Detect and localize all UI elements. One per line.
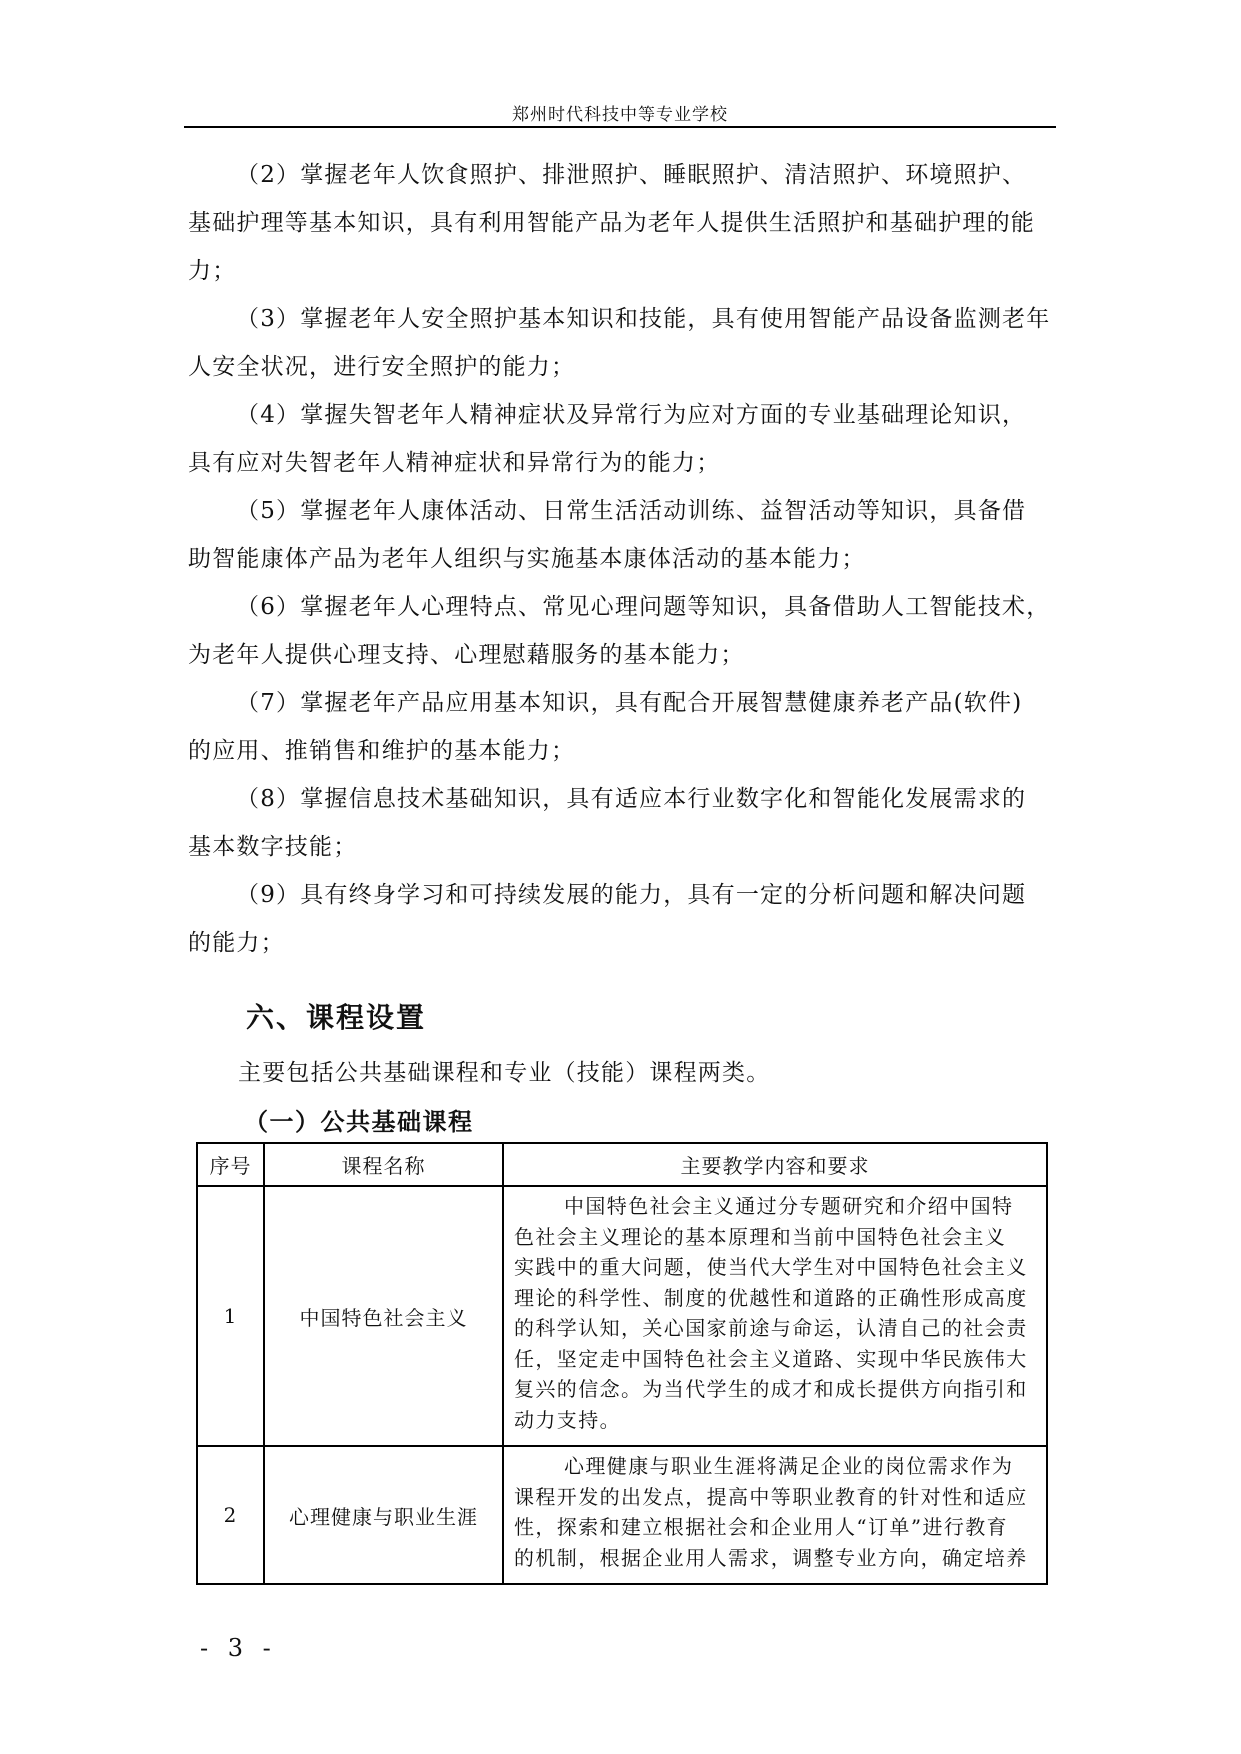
section-intro: 主要包括公共基础课程和专业（技能）课程两类。 — [238, 1054, 770, 1087]
description-line: 复兴的信念。为当代学生的成才和成长提供方向指引和 — [514, 1374, 1038, 1405]
description-line: 的科学认知，关心国家前途与命运，认清自己的社会责 — [514, 1313, 1038, 1344]
paragraph-line: 基础护理等基本知识，具有利用智能产品为老年人提供生活照护和基础护理的能 — [188, 208, 1035, 238]
paragraph-line: 为老年人提供心理支持、心理慰藉服务的基本能力； — [188, 640, 745, 670]
table-row: 2 心理健康与职业生涯 心理健康与职业生涯将满足企业的岗位需求作为 课程开发的出… — [197, 1446, 1047, 1584]
course-name: 中国特色社会主义 — [264, 1186, 503, 1446]
course-table: 序号 课程名称 主要教学内容和要求 1 中国特色社会主义 中国特色社会主义通过分… — [196, 1142, 1048, 1585]
table-row: 1 中国特色社会主义 中国特色社会主义通过分专题研究和介绍中国特 色社会主义理论… — [197, 1186, 1047, 1446]
row-number: 1 — [197, 1186, 264, 1446]
column-header-content: 主要教学内容和要求 — [503, 1143, 1047, 1186]
description-line: 任，坚定走中国特色社会主义道路、实现中华民族伟大 — [514, 1344, 1038, 1375]
description-line: 中国特色社会主义通过分专题研究和介绍中国特 — [514, 1191, 1038, 1222]
section-heading: 六、课程设置 — [246, 996, 426, 1036]
description-line: 实践中的重大问题，使当代大学生对中国特色社会主义 — [514, 1252, 1038, 1283]
description-line: 的机制，根据企业用人需求，调整专业方向，确定培养 — [514, 1543, 1038, 1574]
paragraph-line: （7）掌握老年产品应用基本知识，具有配合开展智慧健康养老产品(软件) — [236, 688, 1022, 718]
course-name: 心理健康与职业生涯 — [264, 1446, 503, 1584]
paragraph-line: 助智能康体产品为老年人组织与实施基本康体活动的基本能力； — [188, 544, 866, 574]
paragraph-line: 具有应对失智老年人精神症状和异常行为的能力； — [188, 448, 720, 478]
description-line: 心理健康与职业生涯将满足企业的岗位需求作为 — [514, 1451, 1038, 1482]
paragraph-line: （8）掌握信息技术基础知识，具有适应本行业数字化和智能化发展需求的 — [236, 784, 1026, 814]
paragraph-line: （5）掌握老年人康体活动、日常生活活动训练、益智活动等知识，具备借 — [236, 496, 1026, 526]
header-rule — [184, 126, 1056, 128]
description-line: 理论的科学性、制度的优越性和道路的正确性形成高度 — [514, 1283, 1038, 1314]
paragraph-line: （4）掌握失智老年人精神症状及异常行为应对方面的专业基础理论知识， — [236, 400, 1026, 430]
description-line: 性，探索和建立根据社会和企业用人“订单”进行教育 — [514, 1512, 1038, 1543]
page-header-title: 郑州时代科技中等专业学校 — [184, 100, 1056, 125]
paragraph-line: （2）掌握老年人饮食照护、排泄照护、睡眠照护、清洁照护、环境照护、 — [236, 160, 1026, 190]
description-line: 课程开发的出发点，提高中等职业教育的针对性和适应 — [514, 1482, 1038, 1513]
row-number: 2 — [197, 1446, 264, 1584]
column-header-number: 序号 — [197, 1143, 264, 1186]
paragraph-line: 人安全状况，进行安全照护的能力； — [188, 352, 575, 382]
paragraph-line: （9）具有终身学习和可持续发展的能力，具有一定的分析问题和解决问题 — [236, 880, 1026, 910]
table-header-row: 序号 课程名称 主要教学内容和要求 — [197, 1143, 1047, 1186]
paragraph-line: 基本数字技能； — [188, 832, 357, 862]
course-description: 中国特色社会主义通过分专题研究和介绍中国特 色社会主义理论的基本原理和当前中国特… — [503, 1186, 1047, 1446]
course-description: 心理健康与职业生涯将满足企业的岗位需求作为 课程开发的出发点，提高中等职业教育的… — [503, 1446, 1047, 1584]
description-line: 色社会主义理论的基本原理和当前中国特色社会主义 — [514, 1222, 1038, 1253]
paragraph-line: 力； — [188, 256, 236, 286]
column-header-course-name: 课程名称 — [264, 1143, 503, 1186]
paragraph-line: 的能力； — [188, 928, 285, 958]
section-subheading: （一）公共基础课程 — [244, 1102, 474, 1137]
paragraph-line: 的应用、推销售和维护的基本能力； — [188, 736, 575, 766]
paragraph-line: （6）掌握老年人心理特点、常见心理问题等知识，具备借助人工智能技术， — [236, 592, 1050, 622]
description-line: 动力支持。 — [514, 1405, 1038, 1436]
page-number: - 3 - — [200, 1634, 277, 1662]
paragraph-line: （3）掌握老年人安全照护基本知识和技能，具有使用智能产品设备监测老年 — [236, 304, 1050, 334]
